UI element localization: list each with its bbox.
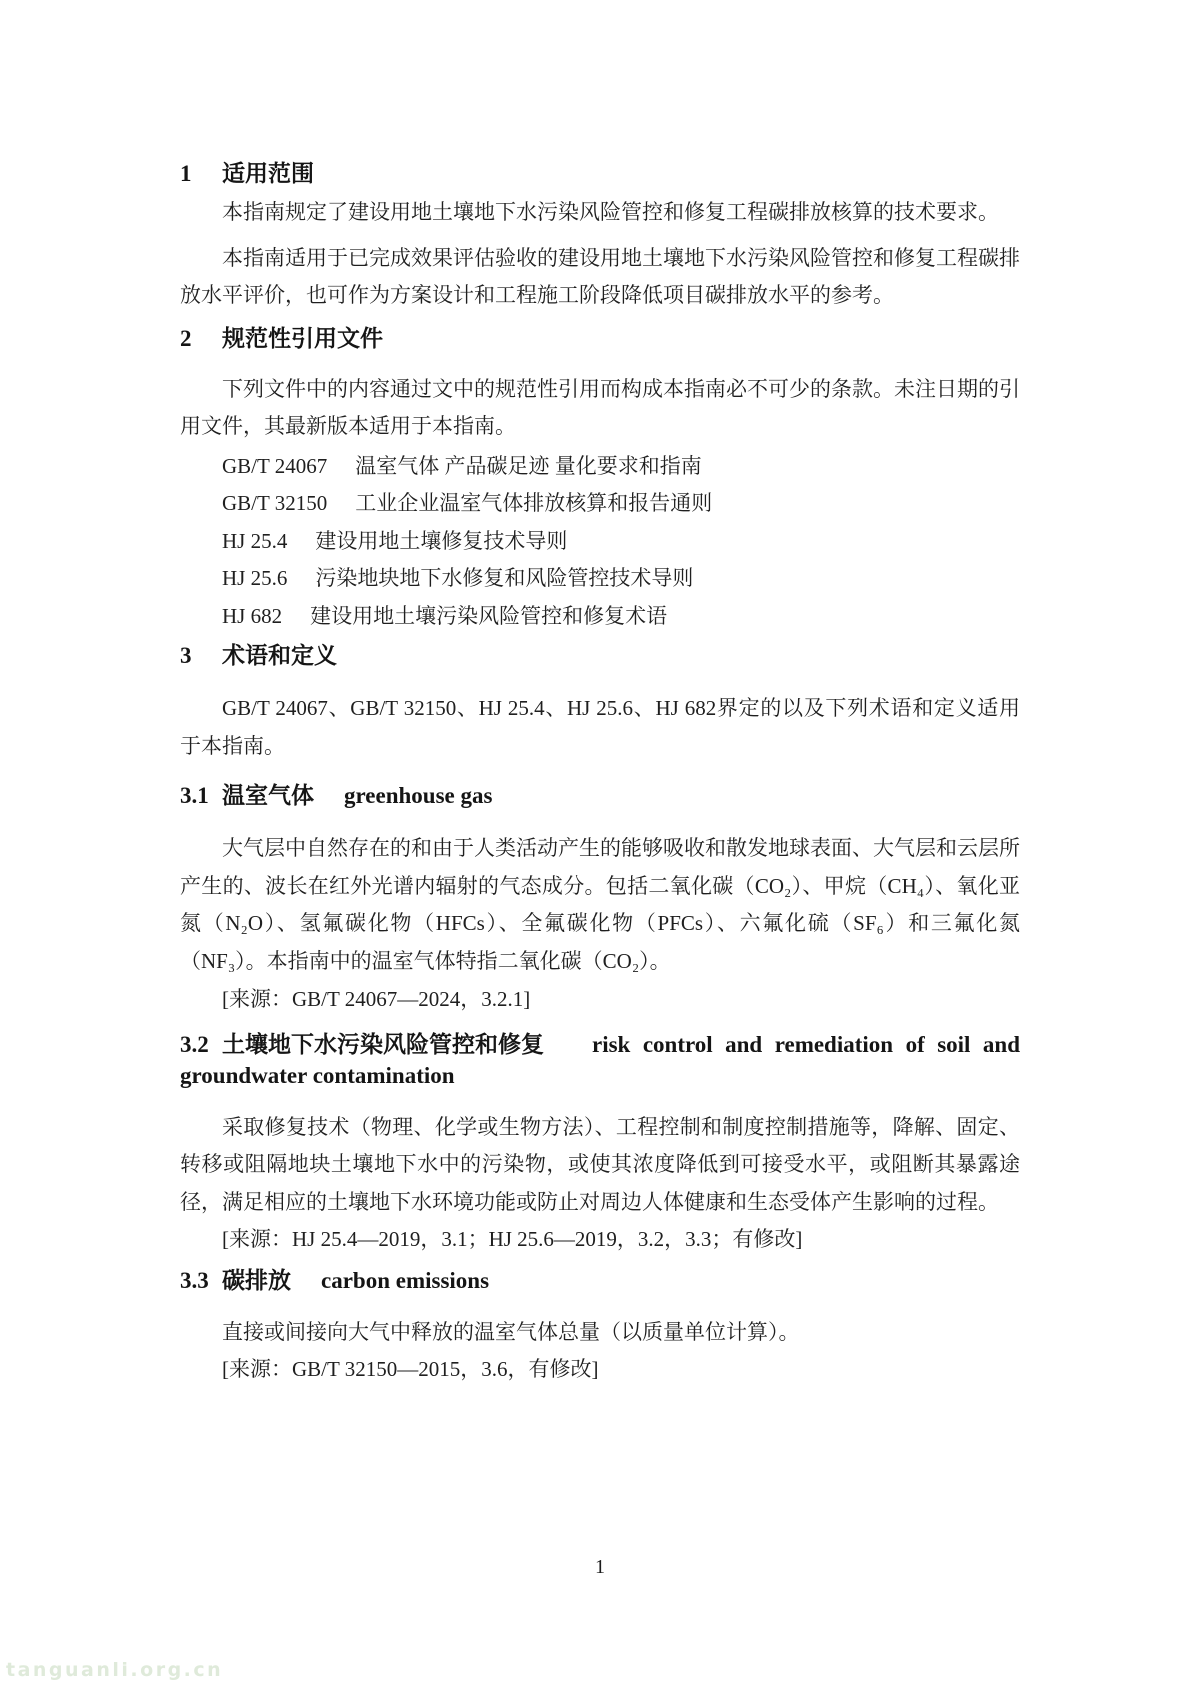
reference-item: HJ 25.4建设用地土壤修复技术导则 [222,523,1020,561]
clause-2-number: 2 [180,324,222,354]
reference-title: 建设用地土壤污染风险管控和修复术语 [310,604,667,628]
reference-item: GB/T 32150工业企业温室气体排放核算和报告通则 [222,485,1020,523]
clause-1-heading: 1适用范围 [180,158,1020,189]
reference-title: 温室气体 产品碳足迹 量化要求和指南 [355,454,702,478]
page-number: 1 [180,1556,1020,1579]
reference-code: HJ 25.6 [222,566,287,590]
reference-item: GB/T 24067温室气体 产品碳足迹 量化要求和指南 [222,448,1020,486]
term-3-1-definition: 大气层中自然存在的和由于人类活动产生的能够吸收和散发地球表面、大气层和云层所产生… [180,830,1020,980]
term-3-1-english: greenhouse gas [344,783,492,808]
reference-code: GB/T 32150 [222,491,327,515]
clause-3-title: 术语和定义 [222,642,337,668]
reference-code: HJ 682 [222,604,282,628]
reference-code: HJ 25.4 [222,529,287,553]
reference-item: HJ 682建设用地土壤污染风险管控和修复术语 [222,598,1020,636]
reference-item: HJ 25.6污染地块地下水修复和风险管控技术导则 [222,560,1020,598]
clause-1-number: 1 [180,159,222,189]
term-3-2-heading-line-1: 3.2土壤地下水污染风险管控和修复 riskcontrolandremediat… [180,1029,1020,1060]
term-3-2-number-and-chinese: 3.2土壤地下水污染风险管控和修复 [180,1029,544,1060]
term-3-3-english: carbon emissions [321,1268,489,1293]
term-3-2-english-line-1: riskcontrolandremediationofsoiland [544,1030,1020,1060]
term-3-2-heading: 3.2土壤地下水污染风险管控和修复 riskcontrolandremediat… [180,1029,1020,1091]
watermark: tanguanli.org.cn [6,1659,223,1681]
term-3-3-number: 3.3 [180,1266,222,1296]
reference-code: GB/T 24067 [222,454,327,478]
clause-3-heading: 3术语和定义 [180,640,1020,671]
term-3-3-source-note: [来源：GB/T 32150—2015，3.6，有修改] [180,1351,1020,1389]
clause-2-intro: 下列文件中的内容通过文中的规范性引用而构成本指南必不可少的条款。未注日期的引用文… [180,371,1020,446]
clause-3-number: 3 [180,641,222,671]
term-3-2-chinese: 土壤地下水污染风险管控和修复 [222,1031,544,1057]
term-3-2-definition: 采取修复技术（物理、化学或生物方法）、工程控制和制度控制措施等，降解、固定、转移… [180,1109,1020,1222]
reference-list: GB/T 24067温室气体 产品碳足迹 量化要求和指南 GB/T 32150工… [180,448,1020,636]
term-3-3-definition: 直接或间接向大气中释放的温室气体总量（以质量单位计算）。 [180,1314,1020,1352]
reference-title: 建设用地土壤修复技术导则 [315,529,567,553]
term-3-1-heading: 3.1温室气体greenhouse gas [180,780,1020,811]
document-page: 1适用范围 本指南规定了建设用地土壤地下水污染风险管控和修复工程碳排放核算的技术… [0,0,1190,1683]
clause-1-paragraph-2: 本指南适用于已完成效果评估验收的建设用地土壤地下水污染风险管控和修复工程碳排放水… [180,240,1020,315]
reference-title: 污染地块地下水修复和风险管控技术导则 [315,566,693,590]
term-3-2-source-note: [来源：HJ 25.4—2019，3.1；HJ 25.6—2019，3.2，3.… [180,1221,1020,1259]
term-3-1-number: 3.1 [180,781,222,811]
clause-1-paragraph-1: 本指南规定了建设用地土壤地下水污染风险管控和修复工程碳排放核算的技术要求。 [180,194,1020,232]
clause-2-title: 规范性引用文件 [222,325,383,351]
term-3-1-chinese: 温室气体 [222,782,314,808]
term-3-1-source-note: [来源：GB/T 24067—2024，3.2.1] [180,981,1020,1019]
clause-3-intro: GB/T 24067、GB/T 32150、HJ 25.4、HJ 25.6、HJ… [180,690,1020,765]
clause-1-title: 适用范围 [222,160,314,186]
term-3-2-number: 3.2 [180,1030,222,1060]
term-3-3-chinese: 碳排放 [222,1267,291,1293]
document-content: 1适用范围 本指南规定了建设用地土壤地下水污染风险管控和修复工程碳排放核算的技术… [180,150,1020,1389]
clause-2-heading: 2规范性引用文件 [180,323,1020,354]
term-3-2-english-line-2: groundwater contamination [180,1063,455,1088]
term-3-3-heading: 3.3碳排放carbon emissions [180,1265,1020,1296]
reference-title: 工业企业温室气体排放核算和报告通则 [355,491,712,515]
